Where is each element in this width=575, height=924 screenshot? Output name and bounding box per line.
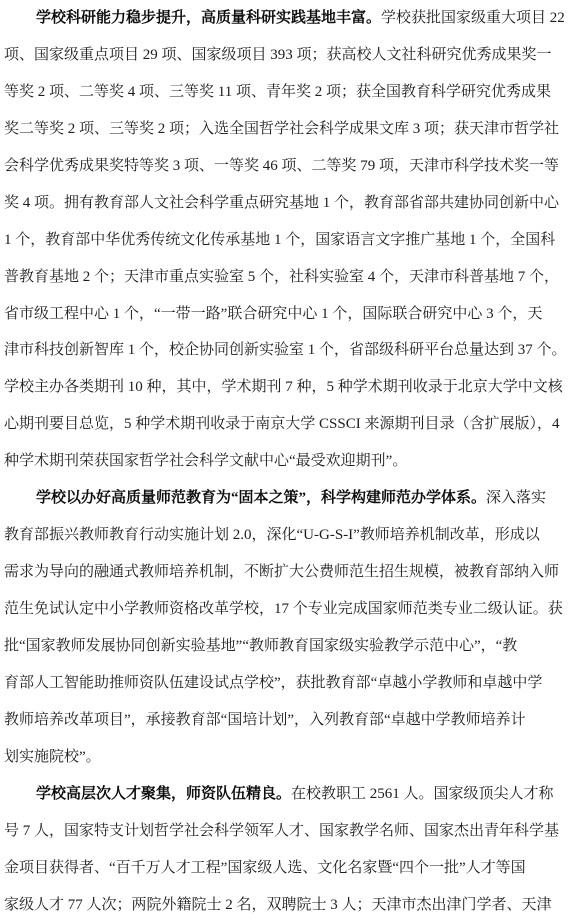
text-segment: 家级人才 77 人次；两院外籍院士 2 名，双聘院士 3 人；天津市杰出津门学者…	[4, 897, 552, 913]
text-line: 等奖 2 项、二等奖 4 项、三等奖 11 项、青年奖 2 项；获全国教育科学研…	[4, 74, 571, 111]
text-line: 教师培养改革项目”，承接教育部“国培计划”，入列教育部“卓越中学教师培养计	[4, 702, 571, 739]
text-segment: 教师培养改革项目”，承接教育部“国培计划”，入列教育部“卓越中学教师培养计	[4, 712, 526, 728]
text-line: 金项目获得者、“百千万人才工程”国家级人选、文化名家暨“四个一批”人才等国	[4, 850, 571, 887]
text-segment: 在校教职工 2561 人。国家级顶尖人才称	[291, 786, 554, 802]
text-segment: 范生免试认定中小学教师资格改革学校，17 个专业完成国家师范类专业二级认证。获	[4, 601, 563, 617]
text-line: 学校主办各类期刊 10 种，其中，学术期刊 7 种，5 种学术期刊收录于北京大学…	[4, 369, 571, 406]
text-line: 省市级工程中心 1 个，“一带一路”联合研究中心 1 个，国际联合研究中心 3 …	[4, 296, 571, 333]
text-segment: 学校主办各类期刊 10 种，其中，学术期刊 7 种，5 种学术期刊收录于北京大学…	[4, 379, 563, 395]
text-segment: 会科学优秀成果奖特等奖 3 项、一等奖 46 项、二等奖 79 项，天津市科学技…	[4, 158, 559, 174]
text-line: 会科学优秀成果奖特等奖 3 项、一等奖 46 项、二等奖 79 项，天津市科学技…	[4, 148, 571, 185]
text-line: 批“国家教师发展协同创新实验基地”“教师教育国家级实验教学示范中心”，“教	[4, 628, 571, 665]
text-line: 需求为导向的融通式教师培养机制，不断扩大公费师范生招生规模，被教育部纳入师	[4, 554, 571, 591]
text-segment: 等奖 2 项、二等奖 4 项、三等奖 11 项、青年奖 2 项；获全国教育科学研…	[4, 84, 551, 100]
text-segment: 育部人工智能助推师资队伍建设试点学校”，获批教育部“卓越小学教师和卓越中学	[4, 675, 542, 691]
paragraph: 学校科研能力稳步提升，高质量科研实践基地丰富。学校获批国家级重大项目 22项、国…	[4, 0, 571, 480]
text-segment: 项、国家级重点项目 29 项、国家级项目 393 项；获高校人文社科研究优秀成果…	[4, 47, 552, 63]
text-segment: 津市科技创新智库 1 个，校企协同创新实验室 1 个，省部级科研平台总量达到 3…	[4, 342, 567, 358]
text-line: 1 个，教育部中华优秀传统文化传承基地 1 个，国家语言文字推广基地 1 个，全…	[4, 222, 571, 259]
text-line: 育部人工智能助推师资队伍建设试点学校”，获批教育部“卓越小学教师和卓越中学	[4, 665, 571, 702]
text-line: 学校高层次人才聚集，师资队伍精良。在校教职工 2561 人。国家级顶尖人才称	[4, 776, 571, 813]
text-line: 奖二等奖 2 项、三等奖 2 项；入选全国哲学社会科学成果文库 3 项；获天津市…	[4, 111, 571, 148]
text-segment: 奖 4 项。拥有教育部人文社会科学重点研究基地 1 个，教育部省部共建协同创新中…	[4, 195, 559, 211]
text-segment: 金项目获得者、“百千万人才工程”国家级人选、文化名家暨“四个一批”人才等国	[4, 860, 526, 876]
paragraph: 学校以办好高质量师范教育为“固本之策”，科学构建师范办学体系。深入落实教育部振兴…	[4, 480, 571, 776]
text-line: 教育部振兴教师教育行动实施计划 2.0，深化“U-G-S-I”教师培养机制改革，…	[4, 517, 571, 554]
text-segment: 1 个，教育部中华优秀传统文化传承基地 1 个，国家语言文字推广基地 1 个，全…	[4, 232, 555, 248]
text-line: 津市科技创新智库 1 个，校企协同创新实验室 1 个，省部级科研平台总量达到 3…	[4, 332, 571, 369]
text-line: 范生免试认定中小学教师资格改革学校，17 个专业完成国家师范类专业二级认证。获	[4, 591, 571, 628]
text-segment: 种学术期刊荣获国家哲学社会科学文献中心“最受欢迎期刊”。	[4, 453, 407, 469]
lead-sentence: 学校高层次人才聚集，师资队伍精良。	[36, 786, 291, 802]
text-line: 普教育基地 2 个；天津市重点实验室 5 个，社科实验室 4 个，天津市科普基地…	[4, 259, 571, 296]
text-line: 家级人才 77 人次；两院外籍院士 2 名，双聘院士 3 人；天津市杰出津门学者…	[4, 887, 571, 924]
text-line: 种学术期刊荣获国家哲学社会科学文献中心“最受欢迎期刊”。	[4, 443, 571, 480]
text-segment: 批“国家教师发展协同创新实验基地”“教师教育国家级实验教学示范中心”，“教	[4, 638, 517, 654]
text-segment: 号 7 人，国家特支计划哲学社会科学领军人才、国家教学名师、国家杰出青年科学基	[4, 823, 559, 839]
text-segment: 需求为导向的融通式教师培养机制，不断扩大公费师范生招生规模，被教育部纳入师	[4, 564, 559, 580]
text-line: 学校以办好高质量师范教育为“固本之策”，科学构建师范办学体系。深入落实	[4, 480, 571, 517]
lead-sentence: 学校科研能力稳步提升，高质量科研实践基地丰富。	[36, 10, 381, 26]
text-line: 号 7 人，国家特支计划哲学社会科学领军人才、国家教学名师、国家杰出青年科学基	[4, 813, 571, 850]
paragraph: 学校高层次人才聚集，师资队伍精良。在校教职工 2561 人。国家级顶尖人才称号 …	[4, 776, 571, 924]
text-segment: 教育部振兴教师教育行动实施计划 2.0，深化“U-G-S-I”教师培养机制改革，…	[4, 527, 540, 543]
text-segment: 心期刊要目总览，5 种学术期刊收录于南京大学 CSSCI 来源期刊目录（含扩展版…	[4, 416, 559, 432]
text-line: 奖 4 项。拥有教育部人文社会科学重点研究基地 1 个，教育部省部共建协同创新中…	[4, 185, 571, 222]
text-segment: 省市级工程中心 1 个，“一带一路”联合研究中心 1 个，国际联合研究中心 3 …	[4, 306, 542, 322]
text-segment: 划实施院校”。	[4, 749, 101, 765]
text-line: 心期刊要目总览，5 种学术期刊收录于南京大学 CSSCI 来源期刊目录（含扩展版…	[4, 406, 571, 443]
text-segment: 学校获批国家级重大项目 22	[381, 10, 565, 26]
text-segment: 深入落实	[486, 490, 546, 506]
text-segment: 奖二等奖 2 项、三等奖 2 项；入选全国哲学社会科学成果文库 3 项；获天津市…	[4, 121, 559, 137]
lead-sentence: 学校以办好高质量师范教育为“固本之策”，科学构建师范办学体系。	[36, 490, 486, 506]
text-line: 学校科研能力稳步提升，高质量科研实践基地丰富。学校获批国家级重大项目 22	[4, 0, 571, 37]
text-line: 划实施院校”。	[4, 739, 571, 776]
text-line: 项、国家级重点项目 29 项、国家级项目 393 项；获高校人文社科研究优秀成果…	[4, 37, 571, 74]
text-segment: 普教育基地 2 个；天津市重点实验室 5 个，社科实验室 4 个，天津市科普基地…	[4, 269, 559, 285]
document-page: 学校科研能力稳步提升，高质量科研实践基地丰富。学校获批国家级重大项目 22项、国…	[0, 0, 575, 924]
